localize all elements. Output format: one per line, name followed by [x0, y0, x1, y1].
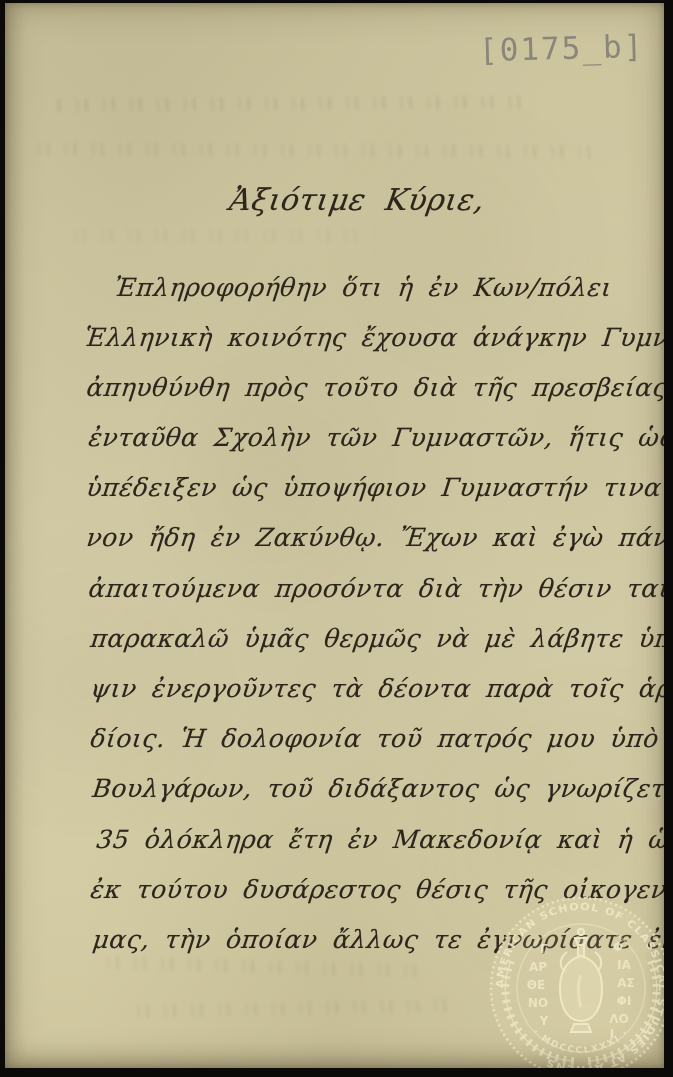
letter-line: ἀπηυθύνθη πρὸς τοῦτο διὰ τῆς πρεσβείας ε…: [85, 373, 664, 402]
seal-letter: ΑΣ: [617, 976, 634, 990]
letter-line: ὑπέδειξεν ὡς ὑποψήφιον Γυμναστήν τινα δι…: [85, 473, 664, 502]
letter-line: νον ἤδη ἐν Ζακύνθῳ. Ἔχων καὶ ἐγὼ πάντα τ…: [85, 523, 664, 552]
scanned-letter-page: [0175_b] Ἀξιότιμε Κύριε, Ἐπληροφορήθην ὅ…: [0, 0, 673, 1077]
embossed-seal: AMERICAN SCHOOL OF CLASSICAL STUDIES AT …: [488, 895, 664, 1068]
seal-letter: ΑΡ: [529, 960, 547, 974]
seal-letter: ΦΙ: [617, 994, 632, 1008]
letter-line: ψιν ἐνεργοῦντες τὰ δέοντα παρὰ τοῖς ἁρμο…: [89, 674, 664, 703]
seal-letter: Γ: [540, 942, 548, 956]
bleed-through-line: [93, 955, 423, 977]
bleed-through-line: [133, 999, 453, 1018]
letter-line: 35 ὁλόκληρα ἔτη ἐν Μακεδονίᾳ καὶ ἡ ὡς: [95, 825, 664, 854]
letter-line: δίοις. Ἡ δολοφονία τοῦ πατρός μου ὑπὸ τῶ…: [89, 724, 664, 753]
archive-label: [0175_b]: [479, 29, 645, 69]
letter-line: Ἑλληνικὴ κοινότης ἔχουσα ἀνάγκην Γυμναστ…: [83, 323, 664, 352]
seal-letter: ΝΟ: [528, 996, 548, 1010]
bleed-through-line: [57, 95, 527, 111]
letter-line: ἐνταῦθα Σχολὴν τῶν Γυμναστῶν, ἥτις ὡς ἔμ…: [87, 423, 664, 452]
letter-line: Ἐπληροφορήθην ὅτι ἡ ἐν Κων/πόλει: [113, 273, 614, 302]
letter-salutation: Ἀξιότιμε Κύριε,: [227, 183, 487, 218]
seal-letter: ΙΑ: [617, 958, 631, 972]
letter-line: παρακαλῶ ὑμᾶς θερμῶς νὰ μὲ λάβητε ὑπ’ ὄ-: [89, 624, 664, 653]
seal-letter: ΛΟ: [609, 1012, 629, 1026]
letter-line: Βουλγάρων, τοῦ διδάξαντος ὡς γνωρίζετε ἐ…: [91, 774, 664, 803]
seal-letter: Φ: [613, 940, 623, 954]
letter-paper: [0175_b] Ἀξιότιμε Κύριε, Ἐπληροφορήθην ὅ…: [5, 3, 664, 1068]
bleed-through-line: [63, 229, 363, 242]
seal-letter: ΘΕ: [527, 978, 545, 992]
seal-letter: Υ: [539, 1014, 549, 1028]
bleed-through-line: [37, 143, 597, 159]
letter-line: ἀπαιτούμενα προσόντα διὰ τὴν θέσιν ταύτη…: [87, 574, 664, 603]
